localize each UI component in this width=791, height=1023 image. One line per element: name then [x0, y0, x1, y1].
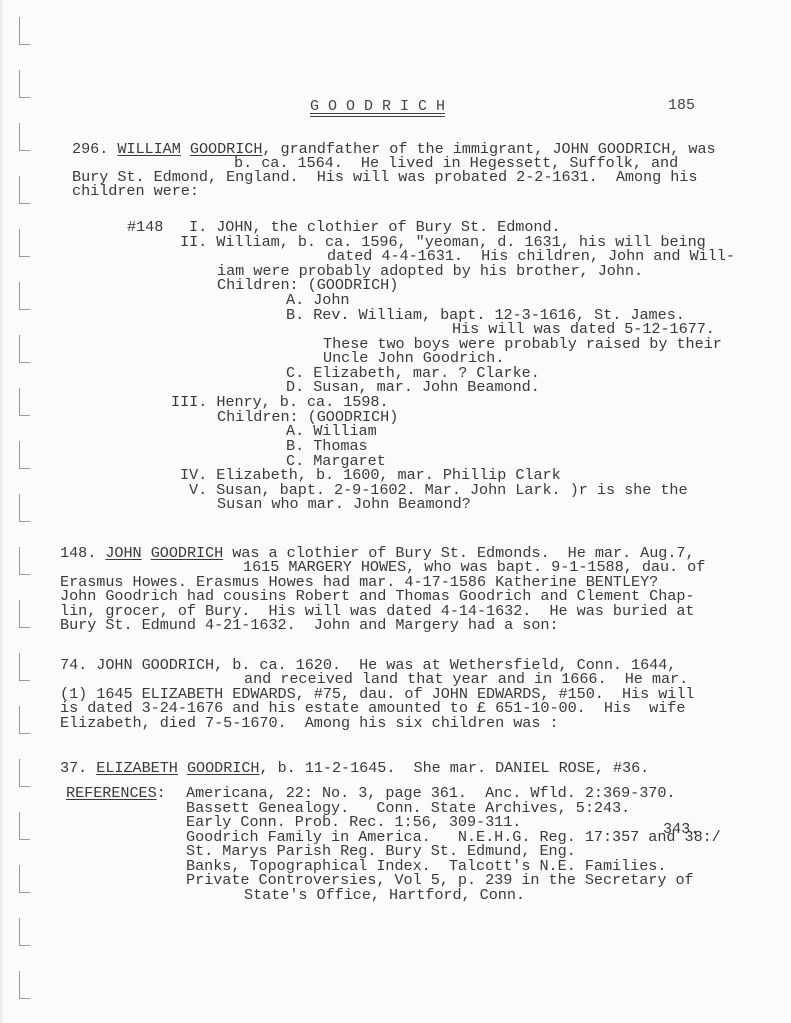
references-heading: REFERENCES: [66, 784, 157, 802]
child-ref-number: #148: [127, 220, 163, 235]
person-first-name: JOHN: [105, 544, 141, 562]
entry-number: 148.: [60, 544, 96, 562]
entry-74-line-5: Elizabeth, died 7-5-1670. Among his six …: [60, 716, 559, 731]
entry-number: 37.: [60, 759, 87, 777]
margin-mark: [19, 600, 30, 628]
margin-mark: [19, 494, 30, 522]
entry-37-line: 37. ELIZABETH GOODRICH, b. 11-2-1645. Sh…: [60, 761, 649, 776]
person-last-name: GOODRICH: [151, 544, 224, 562]
entry-text: , b. 11-2-1645. She mar. DANIEL ROSE, #3…: [259, 759, 649, 777]
margin-mark: [19, 176, 30, 204]
page-title: G O O D R I C H: [310, 98, 445, 115]
references-colon: :: [157, 784, 166, 802]
entry-296-line-4: children were:: [72, 184, 199, 199]
margin-mark: [19, 229, 30, 257]
reference-line: State's Office, Hartford, Conn.: [244, 888, 525, 903]
page-number: 185: [668, 97, 695, 114]
margin-mark: [19, 759, 30, 787]
margin-mark: [19, 335, 30, 363]
margin-mark: [19, 706, 30, 734]
margin-mark: [19, 441, 30, 469]
entry-number: 296.: [72, 140, 108, 158]
margin-mark: [19, 547, 30, 575]
margin-mark: [19, 812, 30, 840]
document-page: G O O D R I C H 185 296. WILLIAM GOODRIC…: [0, 0, 791, 1023]
margin-mark: [19, 865, 30, 893]
margin-mark: [19, 123, 30, 151]
references-label: REFERENCES:: [66, 786, 166, 801]
person-first-name: WILLIAM: [117, 140, 180, 158]
margin-mark: [19, 282, 30, 310]
margin-mark: [19, 17, 30, 45]
margin-mark: [19, 918, 30, 946]
entry-148-line-6: Bury St. Edmund 4-21-1632. John and Marg…: [60, 618, 559, 633]
child-line: Susan who mar. John Beamond?: [217, 497, 471, 512]
margin-mark: [19, 653, 30, 681]
margin-mark: [19, 388, 30, 416]
page-edge: [0, 0, 3, 1023]
margin-mark: [19, 971, 30, 999]
person-last-name: GOODRICH: [187, 759, 260, 777]
person-first-name: ELIZABETH: [96, 759, 178, 777]
margin-mark: [19, 70, 30, 98]
